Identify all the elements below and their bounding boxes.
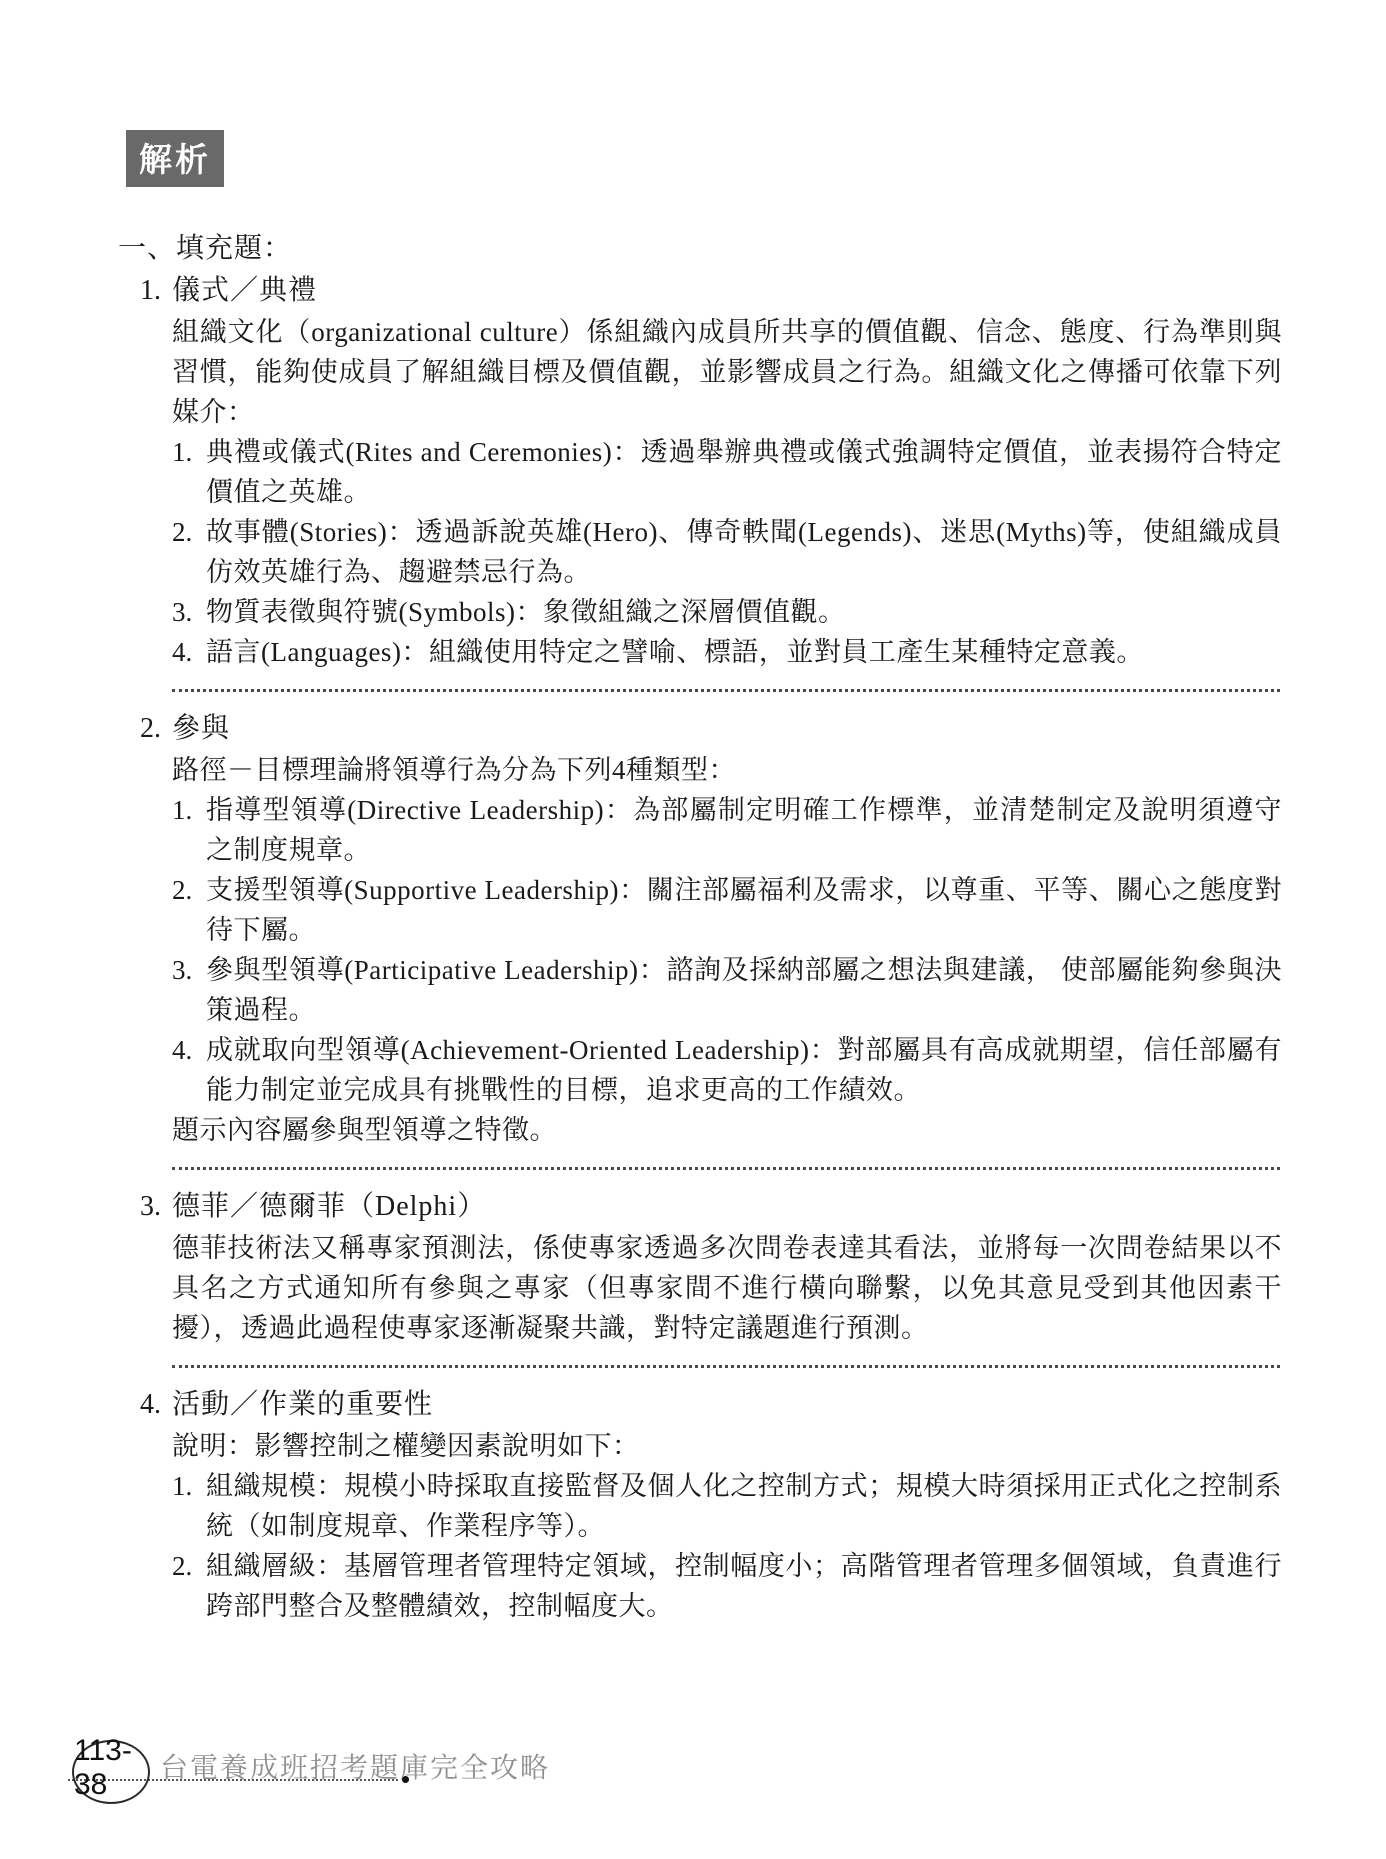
sub-item-text: 故事體(Stories)：透過訴說英雄(Hero)、傳奇軼聞(Legends)、… (206, 512, 1282, 592)
section-heading: 一、填充題： (118, 228, 1282, 270)
page-footer: 113-38 台電養成班招考題庫完全攻略 (0, 1738, 1386, 1828)
sub-item-number: 1. (172, 432, 206, 512)
item-title: 活動／作業的重要性 (172, 1384, 433, 1426)
sub-item-number: 2. (172, 1546, 206, 1626)
sub-item: 3. 物質表徵與符號(Symbols)：象徵組織之深層價值觀。 (172, 592, 1282, 632)
sub-item-number: 1. (172, 1466, 206, 1546)
sub-item-text: 物質表徵與符號(Symbols)：象徵組織之深層價值觀。 (206, 592, 1282, 632)
item-title: 儀式／典禮 (172, 270, 317, 312)
answer-head: 1. 儀式／典禮 (118, 270, 1282, 312)
analysis-badge: 解析 (126, 130, 224, 187)
sub-item: 1. 組織規模：規模小時採取直接監督及個人化之控制方式；規模大時須採用正式化之控… (172, 1466, 1282, 1546)
item-number: 3. (140, 1186, 172, 1228)
sub-item-number: 4. (172, 1030, 206, 1110)
item-paragraph: 德菲技術法又稱專家預測法，係使專家透過多次問卷表達其看法，並將每一次問卷結果以不… (172, 1228, 1282, 1348)
sub-item-number: 2. (172, 870, 206, 950)
sub-item: 2. 支援型領導(Supportive Leadership)：關注部屬福利及需… (172, 870, 1282, 950)
sub-item-text: 典禮或儀式(Rites and Ceremonies)：透過舉辦典禮或儀式強調特… (206, 432, 1282, 512)
sub-item: 4. 語言(Languages)：組織使用特定之譬喻、標語，並對員工產生某種特定… (172, 632, 1282, 672)
answer-item-4: 4. 活動／作業的重要性 說明：影響控制之權變因素說明如下： 1. 組織規模：規… (118, 1384, 1282, 1626)
answer-content: 一、填充題： 1. 儀式／典禮 組織文化（organizational cult… (118, 228, 1282, 1626)
sub-item-text: 語言(Languages)：組織使用特定之譬喻、標語，並對員工產生某種特定意義。 (206, 632, 1282, 672)
item-paragraph: 說明：影響控制之權變因素說明如下： (172, 1426, 1282, 1466)
item-number: 1. (140, 270, 172, 312)
sub-item: 1. 典禮或儀式(Rites and Ceremonies)：透過舉辦典禮或儀式… (172, 432, 1282, 512)
sub-item: 2. 組織層級：基層管理者管理特定領域，控制幅度小；高階管理者管理多個領域，負責… (172, 1546, 1282, 1626)
sub-item-text: 組織規模：規模小時採取直接監督及個人化之控制方式；規模大時須採用正式化之控制系統… (206, 1466, 1282, 1546)
answer-head: 2. 參與 (118, 708, 1282, 750)
item-paragraph: 組織文化（organizational culture）係組織內成員所共享的價值… (172, 312, 1282, 432)
answer-body: 組織文化（organizational culture）係組織內成員所共享的價值… (172, 312, 1282, 672)
sub-item: 4. 成就取向型領導(Achievement-Oriented Leadersh… (172, 1030, 1282, 1110)
page-number: 113-38 (74, 1734, 148, 1802)
answer-body: 德菲技術法又稱專家預測法，係使專家透過多次問卷表達其看法，並將每一次問卷結果以不… (172, 1228, 1282, 1348)
book-title: 台電養成班招考題庫完全攻略 (160, 1746, 550, 1786)
item-conclusion: 題示內容屬參與型領導之特徵。 (172, 1110, 1282, 1150)
sub-item-text: 參與型領導(Participative Leadership)：諮詢及採納部屬之… (206, 950, 1282, 1030)
sub-item-text: 指導型領導(Directive Leadership)：為部屬制定明確工作標準，… (206, 790, 1282, 870)
answer-item-3: 3. 德菲／德爾菲（Delphi） 德菲技術法又稱專家預測法，係使專家透過多次問… (118, 1186, 1282, 1348)
sub-item: 1. 指導型領導(Directive Leadership)：為部屬制定明確工作… (172, 790, 1282, 870)
page-number-circle: 113-38 (72, 1740, 150, 1804)
sub-item: 2. 故事體(Stories)：透過訴說英雄(Hero)、傳奇軼聞(Legend… (172, 512, 1282, 592)
dotted-divider (172, 1167, 1280, 1170)
item-number: 4. (140, 1384, 172, 1426)
sub-item-number: 3. (172, 592, 206, 632)
document-page: 解析 一、填充題： 1. 儀式／典禮 組織文化（organizational c… (0, 0, 1386, 1859)
sub-item-number: 4. (172, 632, 206, 672)
sub-item-number: 1. (172, 790, 206, 870)
answer-head: 3. 德菲／德爾菲（Delphi） (118, 1186, 1282, 1228)
item-paragraph: 路徑－目標理論將領導行為分為下列4種類型： (172, 750, 1282, 790)
item-title: 德菲／德爾菲（Delphi） (172, 1186, 486, 1228)
dotted-divider (172, 1365, 1280, 1368)
sub-item: 3. 參與型領導(Participative Leadership)：諮詢及採納… (172, 950, 1282, 1030)
answer-body: 說明：影響控制之權變因素說明如下： 1. 組織規模：規模小時採取直接監督及個人化… (172, 1426, 1282, 1626)
sub-item-text: 組織層級：基層管理者管理特定領域，控制幅度小；高階管理者管理多個領域，負責進行跨… (206, 1546, 1282, 1626)
sub-item-number: 2. (172, 512, 206, 592)
item-title: 參與 (172, 708, 230, 750)
sub-item-text: 支援型領導(Supportive Leadership)：關注部屬福利及需求，以… (206, 870, 1282, 950)
answer-head: 4. 活動／作業的重要性 (118, 1384, 1282, 1426)
answer-item-2: 2. 參與 路徑－目標理論將領導行為分為下列4種類型： 1. 指導型領導(Dir… (118, 708, 1282, 1150)
item-number: 2. (140, 708, 172, 750)
sub-item-text: 成就取向型領導(Achievement-Oriented Leadership)… (206, 1030, 1282, 1110)
dotted-divider (172, 689, 1280, 692)
answer-item-1: 1. 儀式／典禮 組織文化（organizational culture）係組織… (118, 270, 1282, 672)
answer-body: 路徑－目標理論將領導行為分為下列4種類型： 1. 指導型領導(Directive… (172, 750, 1282, 1150)
sub-item-number: 3. (172, 950, 206, 1030)
